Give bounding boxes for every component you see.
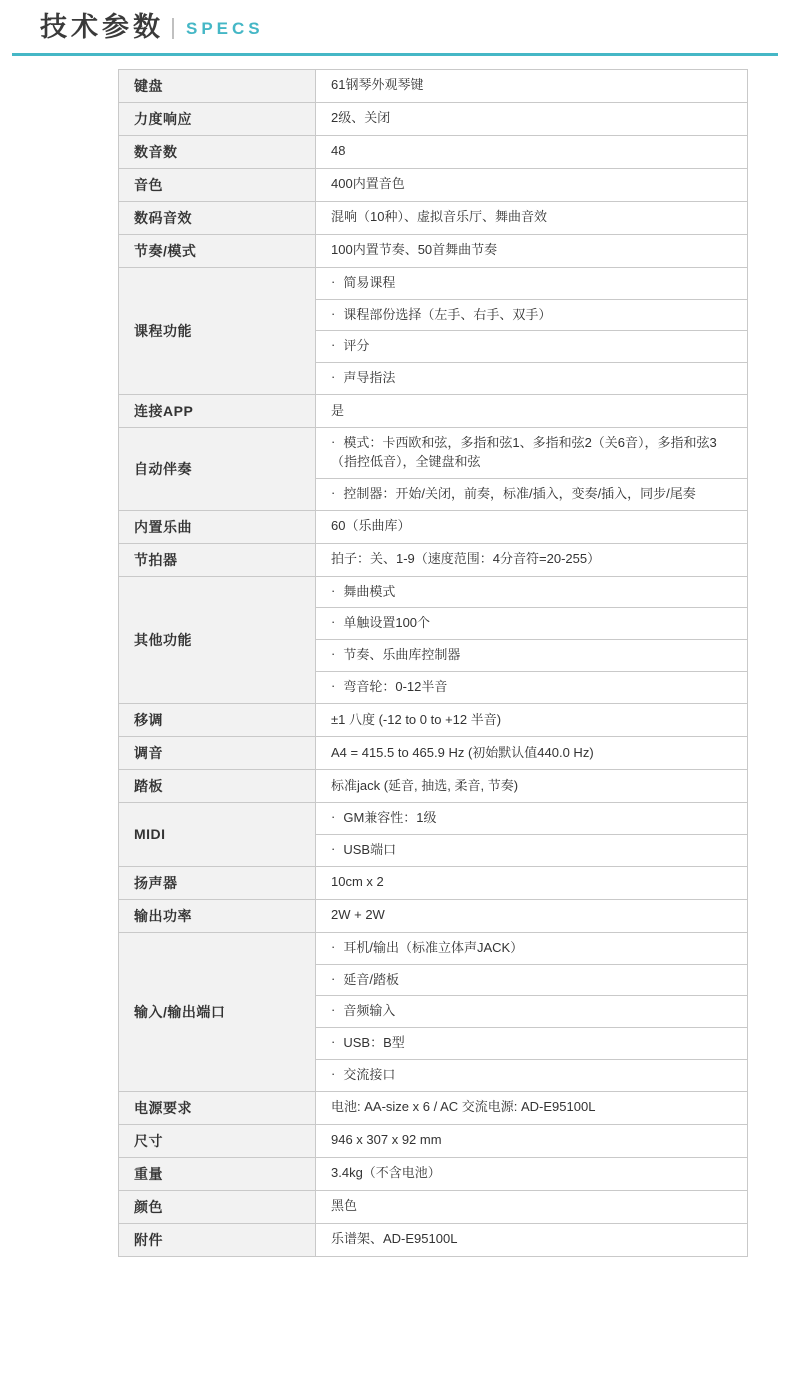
spec-row: 其他功能·舞曲模式	[119, 576, 748, 608]
spec-row: 音色400内置音色	[119, 168, 748, 201]
spec-row: 附件乐谱架、AD-E95100L	[119, 1223, 748, 1256]
spec-value: ·交流接口	[316, 1060, 748, 1092]
bullet-icon: ·	[331, 970, 335, 989]
spec-page: 技术参数 SPECS 键盘61钢琴外观琴键力度响应2级、关闭数音数48音色400…	[0, 0, 790, 1384]
spec-value-text: 节奏、乐曲库控制器	[343, 647, 460, 662]
spec-row: 自动伴奏·模式：卡西欧和弦，多指和弦1、多指和弦2（关6音），多指和弦3（指控低…	[119, 428, 748, 479]
spec-label: MIDI	[119, 802, 316, 866]
spec-row: 节奏/模式100内置节奏、50首舞曲节奏	[119, 234, 748, 267]
spec-value: 400内置音色	[316, 168, 748, 201]
spec-row: 移调±1 八度 (-12 to 0 to +12 半音)	[119, 703, 748, 736]
bullet-icon: ·	[331, 613, 335, 632]
spec-row: 尺寸946 x 307 x 92 mm	[119, 1124, 748, 1157]
spec-row: 节拍器拍子：关、1-9（速度范围：4分音符=20-255）	[119, 543, 748, 576]
spec-value-text: 控制器：开始/关闭，前奏，标准/插入，变奏/插入，同步/尾奏	[343, 486, 695, 501]
spec-label: 数音数	[119, 135, 316, 168]
spec-value: 60（乐曲库）	[316, 510, 748, 543]
bullet-icon: ·	[331, 433, 335, 452]
spec-row: 连接APP是	[119, 395, 748, 428]
spec-value: A4 = 415.5 to 465.9 Hz (初始默认值440.0 Hz)	[316, 736, 748, 769]
spec-label: 内置乐曲	[119, 510, 316, 543]
bullet-icon: ·	[331, 938, 335, 957]
bullet-icon: ·	[331, 1001, 335, 1020]
spec-value: ·弯音轮：0-12半音	[316, 672, 748, 704]
spec-row: 踏板标准jack (延音, 抽选, 柔音, 节奏)	[119, 769, 748, 802]
spec-label: 调音	[119, 736, 316, 769]
spec-value-text: 评分	[343, 338, 369, 353]
spec-value-text: 舞曲模式	[343, 584, 395, 599]
spec-value: ·节奏、乐曲库控制器	[316, 640, 748, 672]
spec-label: 尺寸	[119, 1124, 316, 1157]
spec-label: 其他功能	[119, 576, 316, 703]
spec-row: 数音数48	[119, 135, 748, 168]
spec-value: 10cm x 2	[316, 866, 748, 899]
spec-value: ·舞曲模式	[316, 576, 748, 608]
spec-value: 100内置节奏、50首舞曲节奏	[316, 234, 748, 267]
spec-value-text: 音频输入	[343, 1003, 395, 1018]
spec-value: 61钢琴外观琴键	[316, 69, 748, 102]
spec-row: MIDI·GM兼容性：1级	[119, 802, 748, 834]
spec-value-text: 耳机/输出（标准立体声JACK）	[343, 940, 523, 955]
spec-value: 48	[316, 135, 748, 168]
title-divider	[172, 18, 174, 39]
spec-label: 重量	[119, 1157, 316, 1190]
spec-value: 乐谱架、AD-E95100L	[316, 1223, 748, 1256]
header-accent-line	[12, 53, 778, 56]
spec-value: ·课程部份选择（左手、右手、双手）	[316, 299, 748, 331]
spec-row: 重量3.4kg（不含电池）	[119, 1157, 748, 1190]
spec-value-text: 模式：卡西欧和弦，多指和弦1、多指和弦2（关6音），多指和弦3（指控低音），全键…	[331, 435, 717, 469]
spec-value: ·USB：B型	[316, 1028, 748, 1060]
spec-label: 电源要求	[119, 1091, 316, 1124]
spec-label: 课程功能	[119, 267, 316, 394]
spec-value: 3.4kg（不含电池）	[316, 1157, 748, 1190]
spec-label: 移调	[119, 703, 316, 736]
spec-value: ·控制器：开始/关闭，前奏，标准/插入，变奏/插入，同步/尾奏	[316, 478, 748, 510]
spec-label: 输入/输出端口	[119, 932, 316, 1091]
spec-value: ·评分	[316, 331, 748, 363]
spec-label: 节奏/模式	[119, 234, 316, 267]
spec-row: 课程功能·简易课程	[119, 267, 748, 299]
spec-label: 力度响应	[119, 102, 316, 135]
spec-label: 自动伴奏	[119, 428, 316, 511]
spec-label: 扬声器	[119, 866, 316, 899]
spec-label: 数码音效	[119, 201, 316, 234]
specs-table: 键盘61钢琴外观琴键力度响应2级、关闭数音数48音色400内置音色数码音效混响（…	[118, 69, 748, 1257]
spec-value-text: 课程部份选择（左手、右手、双手）	[343, 307, 551, 322]
spec-value-text: 单触设置100个	[343, 615, 430, 630]
spec-value: 是	[316, 395, 748, 428]
spec-value-text: USB端口	[343, 842, 396, 857]
bullet-icon: ·	[331, 645, 335, 664]
spec-label: 输出功率	[119, 899, 316, 932]
spec-value-text: 延音/踏板	[343, 972, 399, 987]
spec-label: 连接APP	[119, 395, 316, 428]
spec-value: ·延音/踏板	[316, 964, 748, 996]
spec-row: 调音A4 = 415.5 to 465.9 Hz (初始默认值440.0 Hz)	[119, 736, 748, 769]
bullet-icon: ·	[331, 1033, 335, 1052]
page-subtitle: SPECS	[186, 19, 264, 39]
spec-value-text: 简易课程	[343, 275, 395, 290]
spec-label: 颜色	[119, 1190, 316, 1223]
spec-label: 键盘	[119, 69, 316, 102]
spec-value-text: GM兼容性：1级	[343, 810, 436, 825]
spec-value: ·USB端口	[316, 834, 748, 866]
spec-value-text: 声导指法	[343, 370, 395, 385]
spec-value: 2级、关闭	[316, 102, 748, 135]
spec-value-text: 弯音轮：0-12半音	[343, 679, 447, 694]
page-title: 技术参数	[40, 13, 164, 43]
spec-value: ·GM兼容性：1级	[316, 802, 748, 834]
spec-value: ·声导指法	[316, 363, 748, 395]
spec-value: ±1 八度 (-12 to 0 to +12 半音)	[316, 703, 748, 736]
bullet-icon: ·	[331, 336, 335, 355]
spec-value: 946 x 307 x 92 mm	[316, 1124, 748, 1157]
bullet-icon: ·	[331, 273, 335, 292]
spec-label: 节拍器	[119, 543, 316, 576]
bullet-icon: ·	[331, 368, 335, 387]
specs-table-body: 键盘61钢琴外观琴键力度响应2级、关闭数音数48音色400内置音色数码音效混响（…	[119, 69, 748, 1256]
spec-value: ·单触设置100个	[316, 608, 748, 640]
spec-value: 拍子：关、1-9（速度范围：4分音符=20-255）	[316, 543, 748, 576]
bullet-icon: ·	[331, 840, 335, 859]
spec-row: 扬声器10cm x 2	[119, 866, 748, 899]
bullet-icon: ·	[331, 305, 335, 324]
spec-value-text: USB：B型	[343, 1035, 404, 1050]
spec-row: 内置乐曲60（乐曲库）	[119, 510, 748, 543]
spec-value: 黑色	[316, 1190, 748, 1223]
spec-value: ·简易课程	[316, 267, 748, 299]
spec-value: 电池: AA-size x 6 / AC 交流电源: AD-E95100L	[316, 1091, 748, 1124]
spec-row: 力度响应2级、关闭	[119, 102, 748, 135]
page-header: 技术参数 SPECS	[0, 0, 790, 43]
bullet-icon: ·	[331, 677, 335, 696]
bullet-icon: ·	[331, 1065, 335, 1084]
spec-label: 音色	[119, 168, 316, 201]
spec-value: ·模式：卡西欧和弦，多指和弦1、多指和弦2（关6音），多指和弦3（指控低音），全…	[316, 428, 748, 479]
spec-row: 数码音效混响（10种）、虚拟音乐厅、舞曲音效	[119, 201, 748, 234]
spec-row: 颜色黑色	[119, 1190, 748, 1223]
bullet-icon: ·	[331, 484, 335, 503]
spec-value: 标准jack (延音, 抽选, 柔音, 节奏)	[316, 769, 748, 802]
spec-value: ·耳机/输出（标准立体声JACK）	[316, 932, 748, 964]
spec-row: 输入/输出端口·耳机/输出（标准立体声JACK）	[119, 932, 748, 964]
spec-label: 附件	[119, 1223, 316, 1256]
spec-row: 输出功率2W + 2W	[119, 899, 748, 932]
spec-row: 电源要求电池: AA-size x 6 / AC 交流电源: AD-E95100…	[119, 1091, 748, 1124]
spec-value: 混响（10种）、虚拟音乐厅、舞曲音效	[316, 201, 748, 234]
spec-value: 2W + 2W	[316, 899, 748, 932]
spec-value: ·音频输入	[316, 996, 748, 1028]
spec-value-text: 交流接口	[343, 1067, 395, 1082]
bullet-icon: ·	[331, 582, 335, 601]
spec-row: 键盘61钢琴外观琴键	[119, 69, 748, 102]
bullet-icon: ·	[331, 808, 335, 827]
spec-label: 踏板	[119, 769, 316, 802]
